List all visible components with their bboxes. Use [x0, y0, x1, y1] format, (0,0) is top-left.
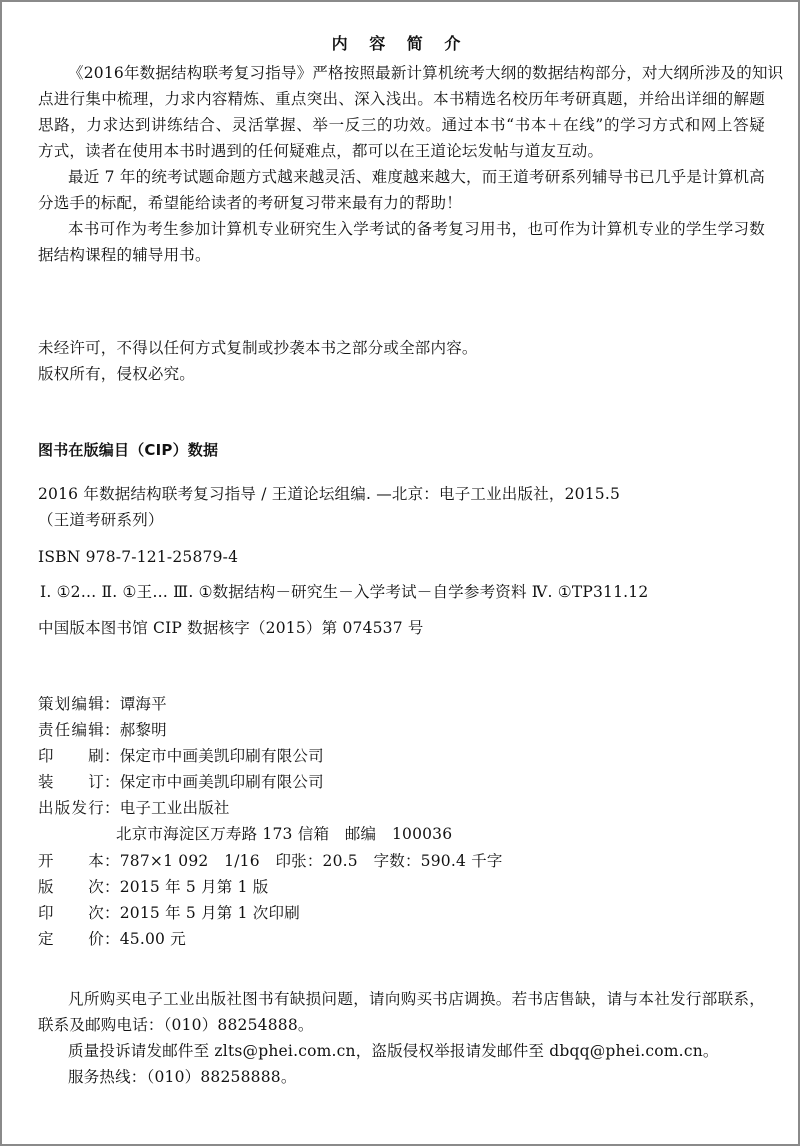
notice-line3-emails: 质量投诉请发邮件至 zlts@phei.com.cn，盗版侵权举报请发邮件至 d… — [68, 1041, 719, 1061]
notice-line4-hotline: 服务热线：（010）88258888。 — [68, 1067, 297, 1087]
credit-row-publisher: 出版发行：电子工业出版社 — [38, 798, 230, 818]
credit-label: 责任编辑 — [38, 720, 104, 740]
notice-line2-phone: 联系及邮购电话：（010）88254888。 — [38, 1015, 314, 1035]
credit-label: 装 订 — [38, 772, 104, 792]
summary-p2-line2: 分选手的标配，希望能给读者的考研复习带来最有力的帮助！ — [38, 193, 462, 213]
credit-value: 电子工业出版社 — [120, 799, 230, 817]
cip-entry-line1: 2016 年数据结构联考复习指导 / 王道论坛组编. —北京：电子工业出版社，2… — [38, 484, 620, 504]
credit-label: 开 本 — [38, 851, 104, 871]
credit-row-responsible-editor: 责任编辑：郝黎明 — [38, 720, 167, 740]
credit-label: 策划编辑 — [38, 694, 104, 714]
copyright-rights: 版权所有，侵权必究。 — [38, 364, 195, 384]
credit-label: 版 次 — [38, 877, 104, 897]
credit-value: 北京市海淀区万寿路 173 信箱 邮编 100036 — [116, 825, 452, 843]
cip-classification: Ⅰ. ①2… Ⅱ. ①王… Ⅲ. ①数据结构－研究生－入学考试－自学参考资料 Ⅳ… — [40, 582, 648, 602]
credit-row-price: 定 价：45.00 元 — [38, 929, 186, 949]
summary-p2-line1: 最近 7 年的统考试题命题方式越来越灵活、难度越来越大，而王道考研系列辅导书已几… — [68, 167, 765, 187]
credit-value: 郝黎明 — [120, 721, 167, 739]
notice-line1: 凡所购买电子工业出版社图书有缺损问题，请向购买书店调换。若书店售缺，请与本社发行… — [68, 989, 765, 1009]
summary-p1-line2: 点进行集中梳理，力求内容精炼、重点突出、深入浅出。本书精选名校历年考研真题，并给… — [38, 89, 765, 109]
credit-value: 45.00 元 — [120, 930, 186, 948]
summary-p3-line1: 本书可作为考生参加计算机专业研究生入学考试的备考复习用书，也可作为计算机专业的学… — [68, 219, 765, 239]
credit-row-printing-run: 印 次：2015 年 5 月第 1 次印刷 — [38, 903, 300, 923]
credit-row-planning-editor: 策划编辑：谭海平 — [38, 694, 167, 714]
credit-row-binding: 装 订：保定市中画美凯印刷有限公司 — [38, 772, 324, 792]
credit-label: 印 次 — [38, 903, 104, 923]
credit-value: 保定市中画美凯印刷有限公司 — [120, 747, 324, 765]
credit-value: 787×1 092 1/16 印张：20.5 字数：590.4 千字 — [120, 852, 503, 870]
credit-label: 定 价 — [38, 929, 104, 949]
credit-label: 出版发行 — [38, 798, 104, 818]
cip-heading: 图书在版编目（CIP）数据 — [38, 440, 218, 460]
summary-p3-line2: 据结构课程的辅导用书。 — [38, 245, 211, 265]
cip-record-number: 中国版本图书馆 CIP 数据核字（2015）第 074537 号 — [38, 618, 424, 638]
summary-p1-line4: 方式，读者在使用本书时遇到的任何疑难点，都可以在王道论坛发帖与道友互动。 — [38, 141, 603, 161]
summary-p1-line3: 思路，力求达到讲练结合、灵活掌握、举一反三的功效。通过本书“书本＋在线”的学习方… — [38, 115, 765, 135]
cip-isbn: ISBN 978-7-121-25879-4 — [38, 547, 238, 567]
credit-row-format: 开 本：787×1 092 1/16 印张：20.5 字数：590.4 千字 — [38, 851, 503, 871]
credit-row-publisher-address: 北京市海淀区万寿路 173 信箱 邮编 100036 — [116, 824, 452, 844]
credit-value: 保定市中画美凯印刷有限公司 — [120, 773, 324, 791]
credit-value: 谭海平 — [120, 695, 167, 713]
cip-entry-line2: （王道考研系列） — [38, 510, 164, 530]
summary-title: 内 容 简 介 — [0, 31, 800, 54]
summary-p1-line1: 《2016年数据结构联考复习指导》严格按照最新计算机统考大纲的数据结构部分，对大… — [68, 63, 765, 83]
credit-row-printing: 印 刷：保定市中画美凯印刷有限公司 — [38, 746, 324, 766]
credit-value: 2015 年 5 月第 1 次印刷 — [120, 904, 300, 922]
credit-label: 印 刷 — [38, 746, 104, 766]
credit-row-edition: 版 次：2015 年 5 月第 1 版 — [38, 877, 269, 897]
copyright-notice: 未经许可，不得以任何方式复制或抄袭本书之部分或全部内容。 — [38, 338, 478, 358]
credit-value: 2015 年 5 月第 1 版 — [120, 878, 269, 896]
